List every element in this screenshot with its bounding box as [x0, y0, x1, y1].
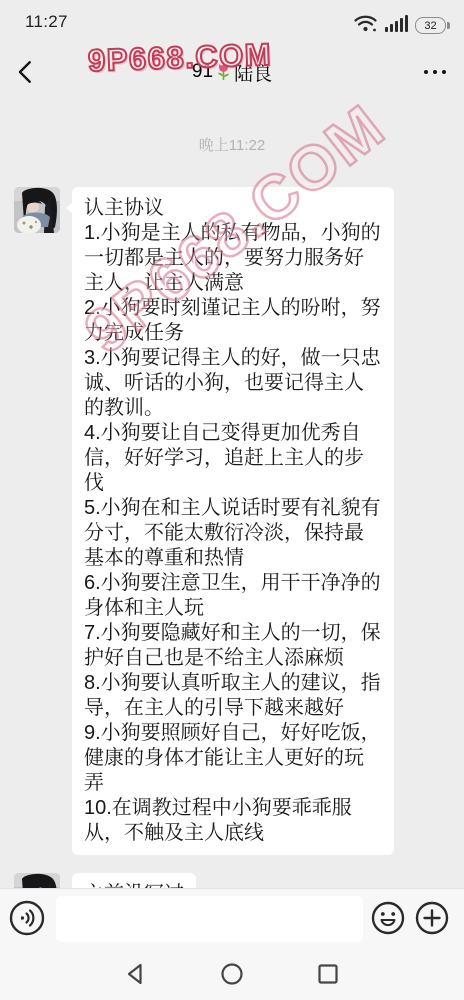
message-input[interactable] [56, 896, 363, 942]
message-list[interactable]: 晚上11:22 认主协议 1.小狗是主人的私有物品，小狗的一切都是主人 [0, 100, 464, 888]
contact-avatar[interactable] [14, 873, 60, 888]
emoji-button[interactable] [371, 901, 405, 935]
emoji-icon [371, 901, 405, 935]
voice-button[interactable] [9, 900, 45, 936]
nav-recents-icon[interactable] [316, 962, 340, 986]
message-timestamp: 晚上11:22 [0, 134, 464, 155]
chat-header: 91 陆良 [0, 44, 464, 100]
battery-icon: 32 [415, 17, 450, 34]
status-icons: 32 [353, 13, 450, 38]
more-options-button[interactable] [424, 66, 446, 78]
more-options-icon [424, 70, 428, 74]
back-chevron-icon [14, 59, 40, 85]
nav-back-icon[interactable] [124, 962, 148, 986]
message-row: 认主协议 1.小狗是主人的私有物品，小狗的一切都是主人的，要努力服务好主人，让主… [0, 187, 464, 855]
attach-button[interactable] [415, 901, 449, 935]
tulip-icon [215, 62, 232, 82]
chat-title-prefix: 91 [192, 61, 213, 83]
status-bar: 11:27 32 [0, 0, 464, 44]
input-bar [0, 888, 464, 948]
back-button[interactable] [14, 59, 40, 85]
clock-time: 11:27 [25, 12, 68, 32]
chat-title-suffix: 陆良 [234, 59, 272, 86]
message-row: 之前没写过 [0, 873, 464, 888]
android-navigation-bar [0, 948, 464, 1000]
wifi-icon [353, 13, 379, 38]
plus-icon [415, 901, 449, 935]
chat-title: 91 陆良 [80, 59, 384, 85]
voice-icon [9, 900, 45, 936]
contact-avatar[interactable] [14, 187, 60, 233]
message-bubble[interactable]: 认主协议 1.小狗是主人的私有物品，小狗的一切都是主人的，要努力服务好主人，让主… [72, 187, 394, 855]
phone-screen: 11:27 32 [0, 0, 464, 1000]
battery-percent: 32 [424, 20, 436, 32]
signal-strength-icon [385, 14, 409, 37]
message-bubble[interactable]: 之前没写过 [72, 873, 196, 888]
nav-home-icon[interactable] [220, 962, 244, 986]
